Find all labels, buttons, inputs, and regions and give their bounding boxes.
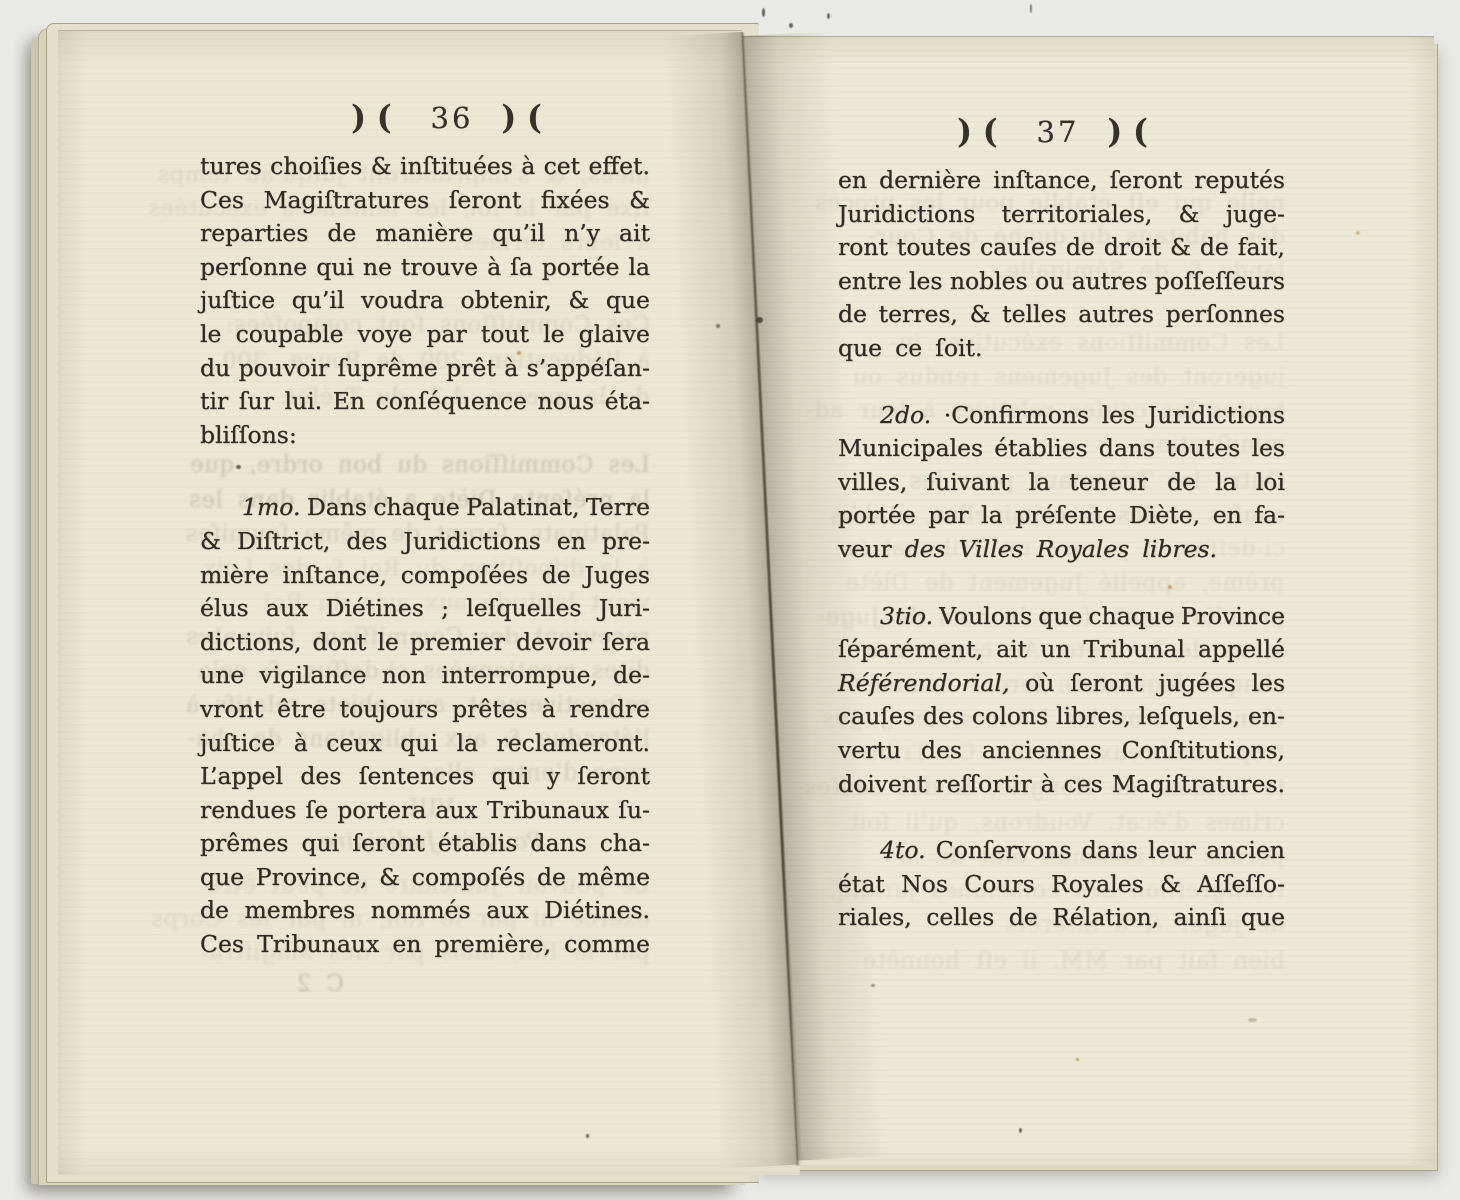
text-line: CesMagiſtraturesſerontfixées& — [200, 186, 650, 220]
page-number-left: 36 — [431, 101, 474, 135]
word: fait, — [1238, 233, 1285, 261]
word: pre- — [602, 527, 650, 555]
text-line: lecoupablevoyepartoutleglaive — [200, 320, 650, 354]
paragraph: 4to.ConſervonsdansleurancienétatNosCours… — [838, 836, 1285, 937]
word: anciennes — [982, 736, 1102, 764]
word: Magiſtratures. — [1112, 770, 1285, 798]
word: Juridictions — [403, 527, 540, 555]
word: colons — [972, 702, 1048, 730]
word: toutes — [1166, 434, 1240, 462]
word: la — [981, 501, 1003, 529]
text-line: repartiesdemanièrequ’iln’yait — [200, 219, 650, 253]
word: conſéquence — [376, 387, 527, 415]
word: inſtituées — [400, 152, 513, 180]
word: juſtice — [200, 286, 275, 314]
word: ſe — [306, 796, 329, 824]
word: un — [1040, 635, 1070, 663]
word: Diétines. — [544, 896, 650, 924]
word: des — [921, 736, 962, 764]
word: leſquels, — [1139, 702, 1240, 730]
word: que — [838, 334, 882, 362]
word: En — [333, 387, 365, 415]
text-line: L’appeldesſentencesquiyſeront — [200, 762, 650, 796]
word: Voulons — [939, 602, 1032, 630]
word: reputés — [1194, 166, 1285, 194]
word: ſa — [510, 253, 533, 281]
word: de — [1066, 233, 1095, 261]
text-line: unevigilancenoninterrompue,de- — [200, 661, 650, 695]
paragraph: 2do.·ConfirmonslesJuridictionsMunicipale… — [838, 401, 1285, 569]
text-line: prêmesquiſerontétablisdanscha- — [200, 829, 650, 863]
word: vront — [200, 695, 263, 723]
word: Royales — [1037, 535, 1130, 563]
word: ·Confirmons — [944, 401, 1089, 429]
word: Diſtrict, — [237, 527, 330, 555]
word: telles — [1002, 300, 1066, 328]
word: vigilance — [259, 661, 366, 689]
text-line: Référendorial,oùſerontjugéesles — [838, 669, 1285, 703]
word: ſu- — [618, 796, 650, 824]
word: à — [1041, 770, 1055, 798]
ink-speck — [716, 324, 720, 328]
word: comme — [564, 930, 650, 958]
text-line: renduesſeporteraauxTribunauxſu- — [200, 796, 650, 830]
word: Diétines — [326, 594, 424, 622]
word: ou — [1035, 267, 1064, 295]
word: Ces — [200, 186, 244, 214]
word: reclameront. — [497, 729, 650, 757]
word: juſtice — [200, 729, 275, 757]
text-column-left: tureschoiſies&inſtituéesàceteffet.CesMag… — [200, 152, 650, 964]
word: rendre — [570, 695, 650, 723]
word: tout — [481, 320, 529, 348]
word: trouve — [401, 253, 478, 281]
word: Tribunaux — [257, 930, 379, 958]
word: le — [377, 628, 398, 656]
text-line: 3tio.VoulonsquechaqueProvince — [838, 602, 1285, 636]
text-line: tirſurlui.Enconſéquencenouséta- — [200, 387, 650, 421]
word: chaque — [1088, 602, 1174, 630]
ink-speck — [1356, 231, 1360, 235]
word: Tribunaux — [487, 796, 609, 824]
text-line: élusauxDiétines;leſquellesJuri- — [200, 594, 650, 628]
word: cauſes — [980, 233, 1057, 261]
word: même — [578, 863, 650, 891]
word: à — [504, 354, 518, 382]
word: fixées — [541, 186, 610, 214]
word: des — [923, 702, 964, 730]
text-line: perſonnequinetrouveàſaportéela — [200, 253, 650, 287]
word: élus — [200, 594, 249, 622]
word: ſentences — [359, 762, 474, 790]
word: L’appel — [200, 762, 283, 790]
word: Tribunal — [1084, 635, 1185, 663]
word: riales, — [838, 903, 912, 931]
word: vertu — [838, 736, 901, 764]
word: terres, — [879, 300, 958, 328]
word: leſquelles — [466, 594, 581, 622]
word: ſéparément, — [838, 635, 983, 663]
word: éta- — [605, 387, 650, 415]
word: des — [300, 762, 341, 790]
word: compoſés — [412, 863, 525, 891]
word: dernière — [879, 166, 981, 194]
word: ſuprême — [338, 354, 438, 382]
word: établies — [994, 434, 1087, 462]
word: à — [521, 152, 535, 180]
word: Juridictions — [1148, 401, 1285, 429]
word: prêmes — [200, 829, 288, 857]
word: en — [557, 527, 586, 555]
word: qui — [316, 253, 354, 281]
paragraph: endernièreinſtance,ſerontreputésJuridict… — [838, 166, 1285, 368]
word: de — [327, 219, 356, 247]
word: n’y — [564, 219, 600, 247]
word: la — [1215, 468, 1237, 496]
word: teneur — [1069, 468, 1148, 496]
word: obtenir, — [460, 286, 551, 314]
word: veur — [838, 535, 892, 563]
word: de — [537, 863, 566, 891]
word: pouvoir — [239, 354, 330, 382]
word: qu’il — [492, 219, 545, 247]
word: de — [1167, 468, 1196, 496]
word: droit — [1104, 233, 1161, 261]
word: que — [1241, 903, 1285, 931]
word: poſſeſſeurs — [1155, 267, 1285, 295]
word: le — [200, 320, 221, 348]
word: tures — [200, 152, 262, 180]
word: villes, — [838, 468, 907, 496]
text-line: veurdesVillesRoyaleslibres. — [838, 535, 1285, 569]
word: de- — [613, 661, 650, 689]
word: Juri- — [599, 594, 650, 622]
word: ſur — [239, 387, 274, 415]
word: 3tio. — [880, 602, 933, 630]
page-number-right: 37 — [1037, 115, 1080, 149]
word: des — [346, 527, 387, 555]
word: & — [1179, 200, 1200, 228]
word: reparties — [200, 219, 308, 247]
word: de — [838, 300, 867, 328]
word: cet — [544, 152, 581, 180]
text-line: juſticeàceuxquilareclameront. — [200, 729, 650, 763]
text-line: queceſoit. — [838, 334, 1285, 368]
word: première, — [435, 930, 552, 958]
ink-speck — [1030, 4, 1032, 13]
word: Conſtitutions, — [1122, 736, 1285, 764]
text-line: entrelesnoblesouautrespoſſeſſeurs — [838, 267, 1285, 301]
word: la — [628, 253, 650, 281]
word: voye — [358, 320, 413, 348]
ink-speck — [236, 465, 241, 469]
word: ces — [1064, 770, 1103, 798]
word: non — [382, 661, 426, 689]
header-ornament: )( — [1107, 113, 1158, 151]
word: ſera — [602, 628, 650, 656]
word: & — [1160, 870, 1181, 898]
word: ce — [895, 334, 922, 362]
word: ſeront — [1110, 166, 1183, 194]
text-line: villes,ſuivantlateneurdelaloi — [838, 468, 1285, 502]
word: membres — [245, 896, 356, 924]
text-line: ronttoutescauſesdedroit&defait, — [838, 233, 1285, 267]
word: loi — [1256, 468, 1285, 496]
text-line: juſticequ’ilvoudraobtenir,&que — [200, 286, 650, 320]
word: Royales — [1051, 870, 1144, 898]
word: ſeront — [352, 829, 425, 857]
word: Juges — [584, 561, 650, 589]
ink-speck — [789, 23, 793, 28]
ink-speck — [1019, 1128, 1022, 1133]
word: compoſées — [401, 561, 528, 589]
word: Villes — [959, 535, 1024, 563]
word: inſtance, — [283, 561, 387, 589]
word: en — [838, 166, 867, 194]
word: Juridictions — [838, 200, 975, 228]
word: de — [200, 896, 229, 924]
word: Terre — [586, 493, 650, 521]
word: qui — [492, 762, 530, 790]
text-line: étatNosCoursRoyales&Aſſeſſo- — [838, 870, 1285, 904]
word: Référendorial, — [838, 669, 1009, 697]
word: interrompue, — [441, 661, 597, 689]
word: y — [547, 762, 560, 790]
word: que — [1038, 602, 1082, 630]
bleedthrough-line: C 2 — [280, 971, 360, 997]
word: & — [379, 863, 400, 891]
word: choiſies — [270, 152, 362, 180]
text-line: doiventreſſortiràcesMagiſtratures. — [838, 770, 1285, 804]
word: Aſſeſſo- — [1197, 870, 1285, 898]
text-line: 4to.Conſervonsdansleurancien — [838, 836, 1285, 870]
ink-speck — [1076, 1058, 1079, 1061]
word: qui — [301, 829, 339, 857]
bleedthrough-line: bien fait par MM. il eſt honnête — [840, 948, 1285, 974]
word: prêt — [446, 354, 496, 382]
text-line: dupouvoirſuprêmeprêtàs’appéſan- — [200, 354, 650, 388]
word: être — [277, 695, 326, 723]
ink-speck — [762, 8, 765, 17]
paragraph: 1mo.DanschaquePalatinat,Terre&Diſtrict,d… — [200, 493, 650, 963]
word: Palatinat, — [466, 493, 579, 521]
word: Nos — [901, 870, 948, 898]
word: la — [1029, 468, 1051, 496]
word: Dans — [307, 493, 367, 521]
word: ancien — [1206, 836, 1285, 864]
word: premier — [410, 628, 505, 656]
word: voudra — [361, 286, 444, 314]
word: toutes — [897, 233, 971, 261]
text-line: demembresnommésauxDiétines. — [200, 896, 650, 930]
word: ront — [838, 233, 888, 261]
word: ſoit. — [935, 334, 982, 362]
word: en — [1213, 501, 1242, 529]
word: Rélation, — [1052, 903, 1159, 931]
word: rendues — [200, 796, 296, 824]
word: devoir — [516, 628, 591, 656]
word: des — [905, 535, 946, 563]
word: Ces — [200, 930, 244, 958]
word: chaque — [373, 493, 459, 521]
word: ceux — [326, 729, 381, 757]
word: celles — [926, 903, 994, 931]
word: appellé — [1198, 635, 1285, 663]
word: libres, — [1056, 702, 1131, 730]
header-ornament: )( — [957, 113, 1008, 151]
paragraph: tureschoiſies&inſtituéesàceteffet.CesMag… — [200, 152, 650, 454]
word: portera — [337, 796, 426, 824]
word: s’appéſan- — [527, 354, 650, 382]
word: manière — [375, 219, 473, 247]
word: ſeront — [449, 186, 522, 214]
word: en- — [1248, 702, 1285, 730]
word: nommés — [371, 896, 471, 924]
word: portée — [542, 253, 620, 281]
word: établis — [438, 829, 518, 857]
word: prêtes — [452, 695, 528, 723]
word: fa- — [1254, 501, 1285, 529]
ink-speck — [586, 1134, 589, 1138]
text-line: vertudesanciennesConſtitutions, — [838, 736, 1285, 770]
text-line: tureschoiſies&inſtituéesàceteffet. — [200, 152, 650, 186]
word: par — [426, 320, 466, 348]
word: que — [200, 863, 244, 891]
word: jugées — [1158, 669, 1235, 697]
paragraph: 3tio.VoulonsquechaqueProvinceſéparément,… — [838, 602, 1285, 804]
page-header-right: )( 37 )( — [957, 114, 1159, 150]
word: ſeront — [1070, 669, 1143, 697]
word: lui. — [284, 387, 322, 415]
header-ornament: )( — [501, 99, 552, 137]
word: perſonne — [200, 253, 307, 281]
word: Cours — [964, 870, 1035, 898]
ink-speck — [1168, 585, 1172, 589]
word: cha- — [600, 829, 650, 857]
word: ſuivant — [926, 468, 1009, 496]
ink-speck — [517, 351, 521, 355]
word: ; — [441, 594, 449, 622]
word: toujours — [340, 695, 439, 723]
word: de — [542, 561, 571, 589]
word: de — [1200, 233, 1229, 261]
word: les — [909, 267, 942, 295]
word: ſeront — [577, 762, 650, 790]
word: dans — [530, 829, 586, 857]
word: autres — [1078, 300, 1154, 328]
word: & — [568, 286, 589, 314]
ink-speck — [871, 984, 875, 987]
word: le — [543, 320, 564, 348]
text-line: 2do.·ConfirmonslesJuridictions — [838, 401, 1285, 435]
word: dictions, — [200, 628, 302, 656]
word: mière — [200, 561, 269, 589]
word: 1mo. — [242, 493, 300, 521]
text-line: mièreinſtance,compoſéesdeJuges — [200, 561, 650, 595]
word: ainſi — [1174, 903, 1227, 931]
word: & — [1170, 233, 1191, 261]
word: Diète, — [1129, 501, 1200, 529]
word: les — [1251, 434, 1284, 462]
word: que — [606, 286, 650, 314]
word: bliſſons: — [200, 421, 297, 449]
word: à — [542, 695, 556, 723]
text-line: &Diſtrict,desJuridictionsenpre- — [200, 527, 650, 561]
word: ait — [996, 635, 1027, 663]
word: portée — [838, 501, 916, 529]
word: de — [1009, 903, 1038, 931]
text-line: riales,cellesdeRélation,ainſique — [838, 903, 1285, 937]
word: & — [371, 152, 392, 180]
word: nobles — [950, 267, 1028, 295]
word: une — [200, 661, 244, 689]
word: entre — [838, 267, 902, 295]
word: & — [200, 527, 221, 555]
word: & — [629, 186, 650, 214]
text-line: portéeparlapréſenteDiète,enfa- — [838, 501, 1285, 535]
word: glaive — [579, 320, 650, 348]
word: ait — [619, 219, 650, 247]
word: Magiſtratures — [263, 186, 429, 214]
word: reſſortir — [935, 770, 1031, 798]
word: 2do. — [880, 401, 931, 429]
word: aux — [266, 594, 308, 622]
word: à — [294, 729, 308, 757]
word: dans — [1082, 836, 1138, 864]
word: dont — [313, 628, 367, 656]
word: par — [928, 501, 968, 529]
page-header-left: )( 36 )( — [351, 100, 553, 136]
word: état — [838, 870, 885, 898]
ink-speck — [827, 13, 830, 19]
text-line: cauſesdescolonslibres,leſquels,en- — [838, 702, 1285, 736]
word: libres. — [1142, 535, 1217, 563]
word: tir — [200, 387, 228, 415]
word: les — [1102, 401, 1135, 429]
text-line: queProvince,&compoſésdemême — [200, 863, 650, 897]
word: Municipales — [838, 434, 983, 462]
text-line: ſéparément,aitunTribunalappellé — [838, 635, 1285, 669]
word: Province — [1181, 602, 1285, 630]
word: territoriales, — [1002, 200, 1153, 228]
word: préſente — [1015, 501, 1116, 529]
word: 4to. — [880, 836, 926, 864]
word: nous — [538, 387, 594, 415]
text-line: dictions,dontlepremierdevoirſera — [200, 628, 650, 662]
word: à — [487, 253, 501, 281]
header-ornament: )( — [351, 99, 402, 137]
word: perſonnes — [1166, 300, 1285, 328]
word: aux — [486, 896, 528, 924]
text-line: Juridictionsterritoriales,&juge- — [838, 200, 1285, 234]
word: effet. — [589, 152, 650, 180]
word: autres — [1072, 267, 1148, 295]
word: où — [1025, 669, 1054, 697]
book-scan: { "colors": { "scanner_background": "#e9… — [0, 0, 1460, 1200]
text-line: deterres,&tellesautresperſonnes — [838, 300, 1285, 334]
text-line: vrontêtretoujoursprêtesàrendre — [200, 695, 650, 729]
text-line: 1mo.DanschaquePalatinat,Terre — [200, 493, 650, 527]
word: leur — [1148, 836, 1196, 864]
word: Province, — [256, 863, 368, 891]
word: inſtance, — [993, 166, 1097, 194]
word: qu’il — [292, 286, 345, 314]
word: doivent — [838, 770, 926, 798]
word: aux — [435, 796, 477, 824]
text-line: bliſſons: — [200, 421, 650, 455]
text-column-right: endernièreinſtance,ſerontreputésJuridict… — [838, 166, 1285, 937]
word: qui — [400, 729, 438, 757]
